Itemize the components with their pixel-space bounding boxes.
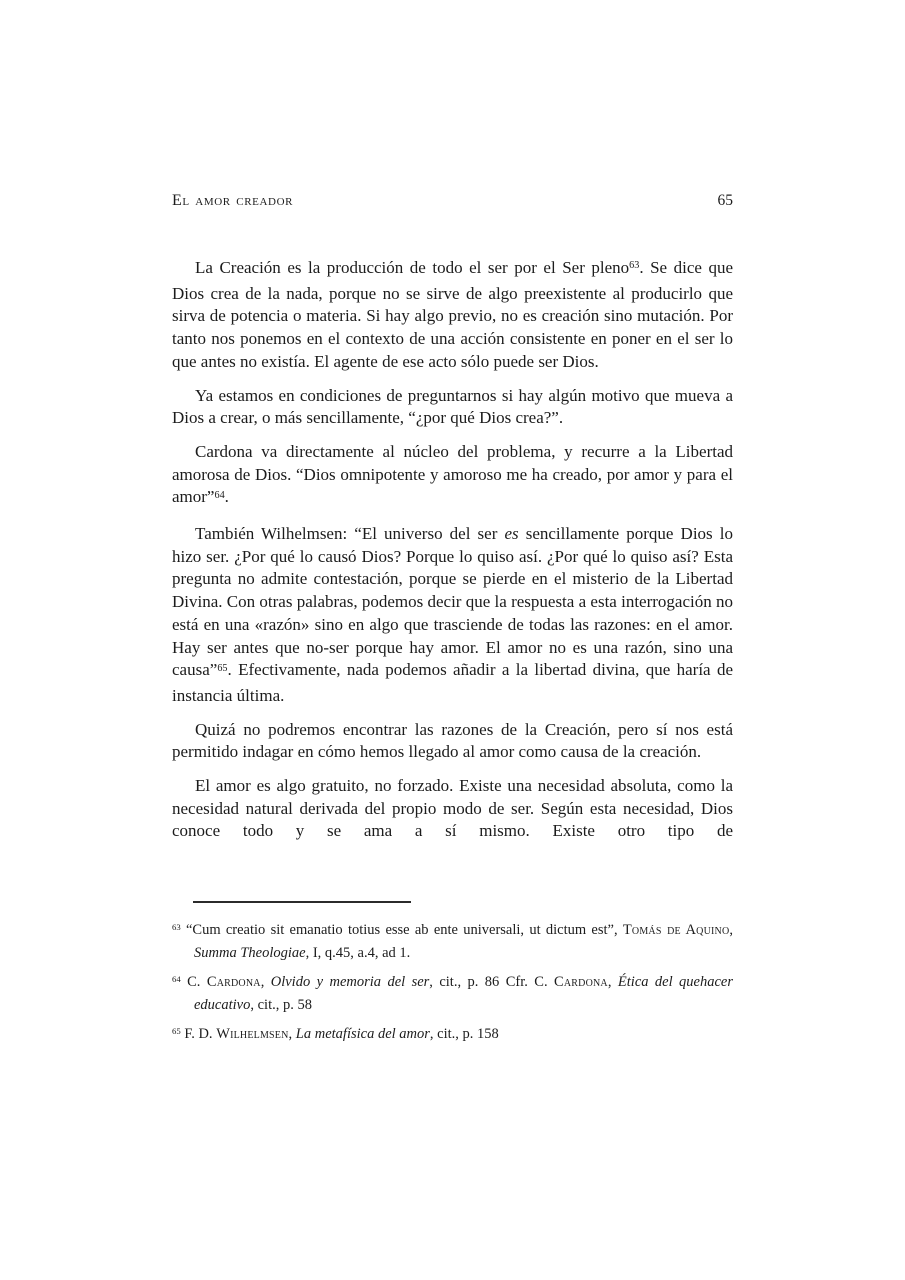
- page-header: El amor creador 65: [172, 192, 733, 210]
- paragraph-6: El amor es algo gratuito, no forzado. Ex…: [172, 775, 733, 843]
- paragraph-3: Cardona va directamente al núcleo del pr…: [172, 441, 733, 512]
- running-title: El amor creador: [172, 192, 293, 210]
- footnote-63: 63 “Cum creatio sit emanatio totius esse…: [172, 920, 733, 964]
- paragraph-4: También Wilhelmsen: “El universo del ser…: [172, 523, 733, 708]
- paragraph-2: Ya estamos en condiciones de preguntarno…: [172, 385, 733, 430]
- footnote-64: 64 C. Cardona, Olvido y memoria del ser,…: [172, 972, 733, 1016]
- footnote-65: 65 F. D. Wilhelmsen, La metafísica del a…: [172, 1024, 733, 1047]
- paragraph-1: La Creación es la producción de todo el …: [172, 257, 733, 374]
- paragraph-5: Quizá no podremos encontrar las razones …: [172, 719, 733, 764]
- page-number: 65: [718, 192, 734, 210]
- footnote-separator: [193, 901, 411, 903]
- book-page: El amor creador 65 La Creación es la pro…: [0, 0, 905, 1280]
- footnotes-section: 63 “Cum creatio sit emanatio totius esse…: [172, 901, 733, 1055]
- body-text: La Creación es la producción de todo el …: [172, 257, 733, 854]
